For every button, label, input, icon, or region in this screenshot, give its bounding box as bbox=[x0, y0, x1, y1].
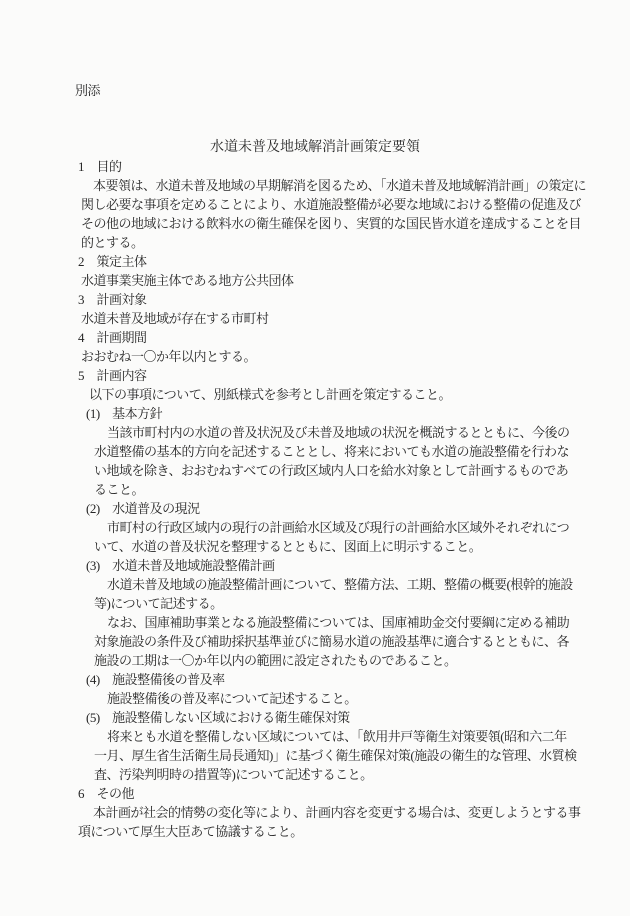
line-paragraph: ること。 bbox=[75, 480, 590, 499]
line-paragraph: 施設の工期は一〇か年以内の範囲に設定されたものであること。 bbox=[75, 651, 590, 670]
line-paragraph: 対象施設の条件及び補助採択基準並びに簡易水道の施設基準に適合するとともに、各 bbox=[75, 632, 590, 651]
line-section-heading: 5 計画内容 bbox=[75, 366, 590, 385]
line-item-heading: (2) 水道普及の現況 bbox=[75, 499, 590, 518]
line-item-heading: (3) 水道未普及地域施設整備計画 bbox=[75, 556, 590, 575]
document-page: 別添 水道未普及地域解消計画策定要領 1 目的本要領は、水道未普及地域の早期解消… bbox=[0, 0, 630, 916]
line-item-heading: (4) 施設整備後の普及率 bbox=[75, 670, 590, 689]
line-paragraph: 項について厚生大臣あて協議すること。 bbox=[75, 822, 590, 841]
line-paragraph: 水道整備の基本的方向を記述することとし、将来においても水道の施設整備を行わな bbox=[75, 442, 590, 461]
line-paragraph-first: 施設整備後の普及率について記述すること。 bbox=[75, 689, 590, 708]
line-paragraph: 水道未普及地域が存在する市町村 bbox=[75, 309, 590, 328]
line-paragraph-first: 市町村の行政区域内の現行の計画給水区域及び現行の計画給水区域外それぞれにつ bbox=[75, 518, 590, 537]
document-title: 水道未普及地域解消計画策定要領 bbox=[0, 138, 630, 157]
line-paragraph-first: 水道未普及地域の施設整備計画について、整備方法、工期、整備の概要(根幹的施設 bbox=[75, 575, 590, 594]
line-paragraph-first: なお、国庫補助事業となる施設整備については、国庫補助金交付要綱に定める補助 bbox=[75, 613, 590, 632]
line-paragraph-first: 以下の事項について、別紙様式を参考とし計画を策定すること。 bbox=[75, 385, 590, 404]
attachment-label: 別添 bbox=[75, 81, 590, 100]
line-item-heading: (1) 基本方針 bbox=[75, 404, 590, 423]
line-paragraph-first: 本要領は、水道未普及地域の早期解消を図るため、「水道未普及地域解消計画」の策定に bbox=[75, 176, 590, 195]
line-paragraph: その他の地域における飲料水の衛生確保を図り、実質的な国民皆水道を達成することを目 bbox=[75, 214, 590, 233]
line-section-heading: 6 その他 bbox=[75, 784, 590, 803]
line-paragraph: い地域を除き、おおむねすべての行政区域内人口を給水対象として計画するものであ bbox=[75, 461, 590, 480]
line-paragraph: 等)について記述する。 bbox=[75, 594, 590, 613]
line-section-heading: 3 計画対象 bbox=[75, 290, 590, 309]
line-paragraph: 的とする。 bbox=[75, 233, 590, 252]
line-paragraph-first: 本計画が社会的情勢の変化等により、計画内容を変更する場合は、変更しようとする事 bbox=[75, 803, 590, 822]
line-paragraph: 関し必要な事項を定めることにより、水道施設整備が必要な地域における整備の促進及び bbox=[75, 195, 590, 214]
line-section-heading: 4 計画期間 bbox=[75, 328, 590, 347]
line-paragraph: おおむね一〇か年以内とする。 bbox=[75, 347, 590, 366]
line-section-heading: 1 目的 bbox=[75, 157, 590, 176]
line-paragraph: 査、汚染判明時の措置等)について記述すること。 bbox=[75, 765, 590, 784]
line-paragraph-first: 当該市町村内の水道の普及状況及び未普及地域の状況を概説するとともに、今後の bbox=[75, 423, 590, 442]
line-section-heading: 2 策定主体 bbox=[75, 252, 590, 271]
document-body: 1 目的本要領は、水道未普及地域の早期解消を図るため、「水道未普及地域解消計画」… bbox=[75, 157, 590, 841]
line-paragraph-first: 将来とも水道を整備しない区域については、「飲用井戸等衛生対策要領(昭和六二年 bbox=[75, 727, 590, 746]
line-item-heading: (5) 施設整備しない区域における衛生確保対策 bbox=[75, 708, 590, 727]
line-paragraph: 一月、厚生省生活衛生局長通知)」に基づく衛生確保対策(施設の衛生的な管理、水質検 bbox=[75, 746, 590, 765]
line-paragraph: いて、水道の普及状況を整理するとともに、図面上に明示すること。 bbox=[75, 537, 590, 556]
line-paragraph: 水道事業実施主体である地方公共団体 bbox=[75, 271, 590, 290]
